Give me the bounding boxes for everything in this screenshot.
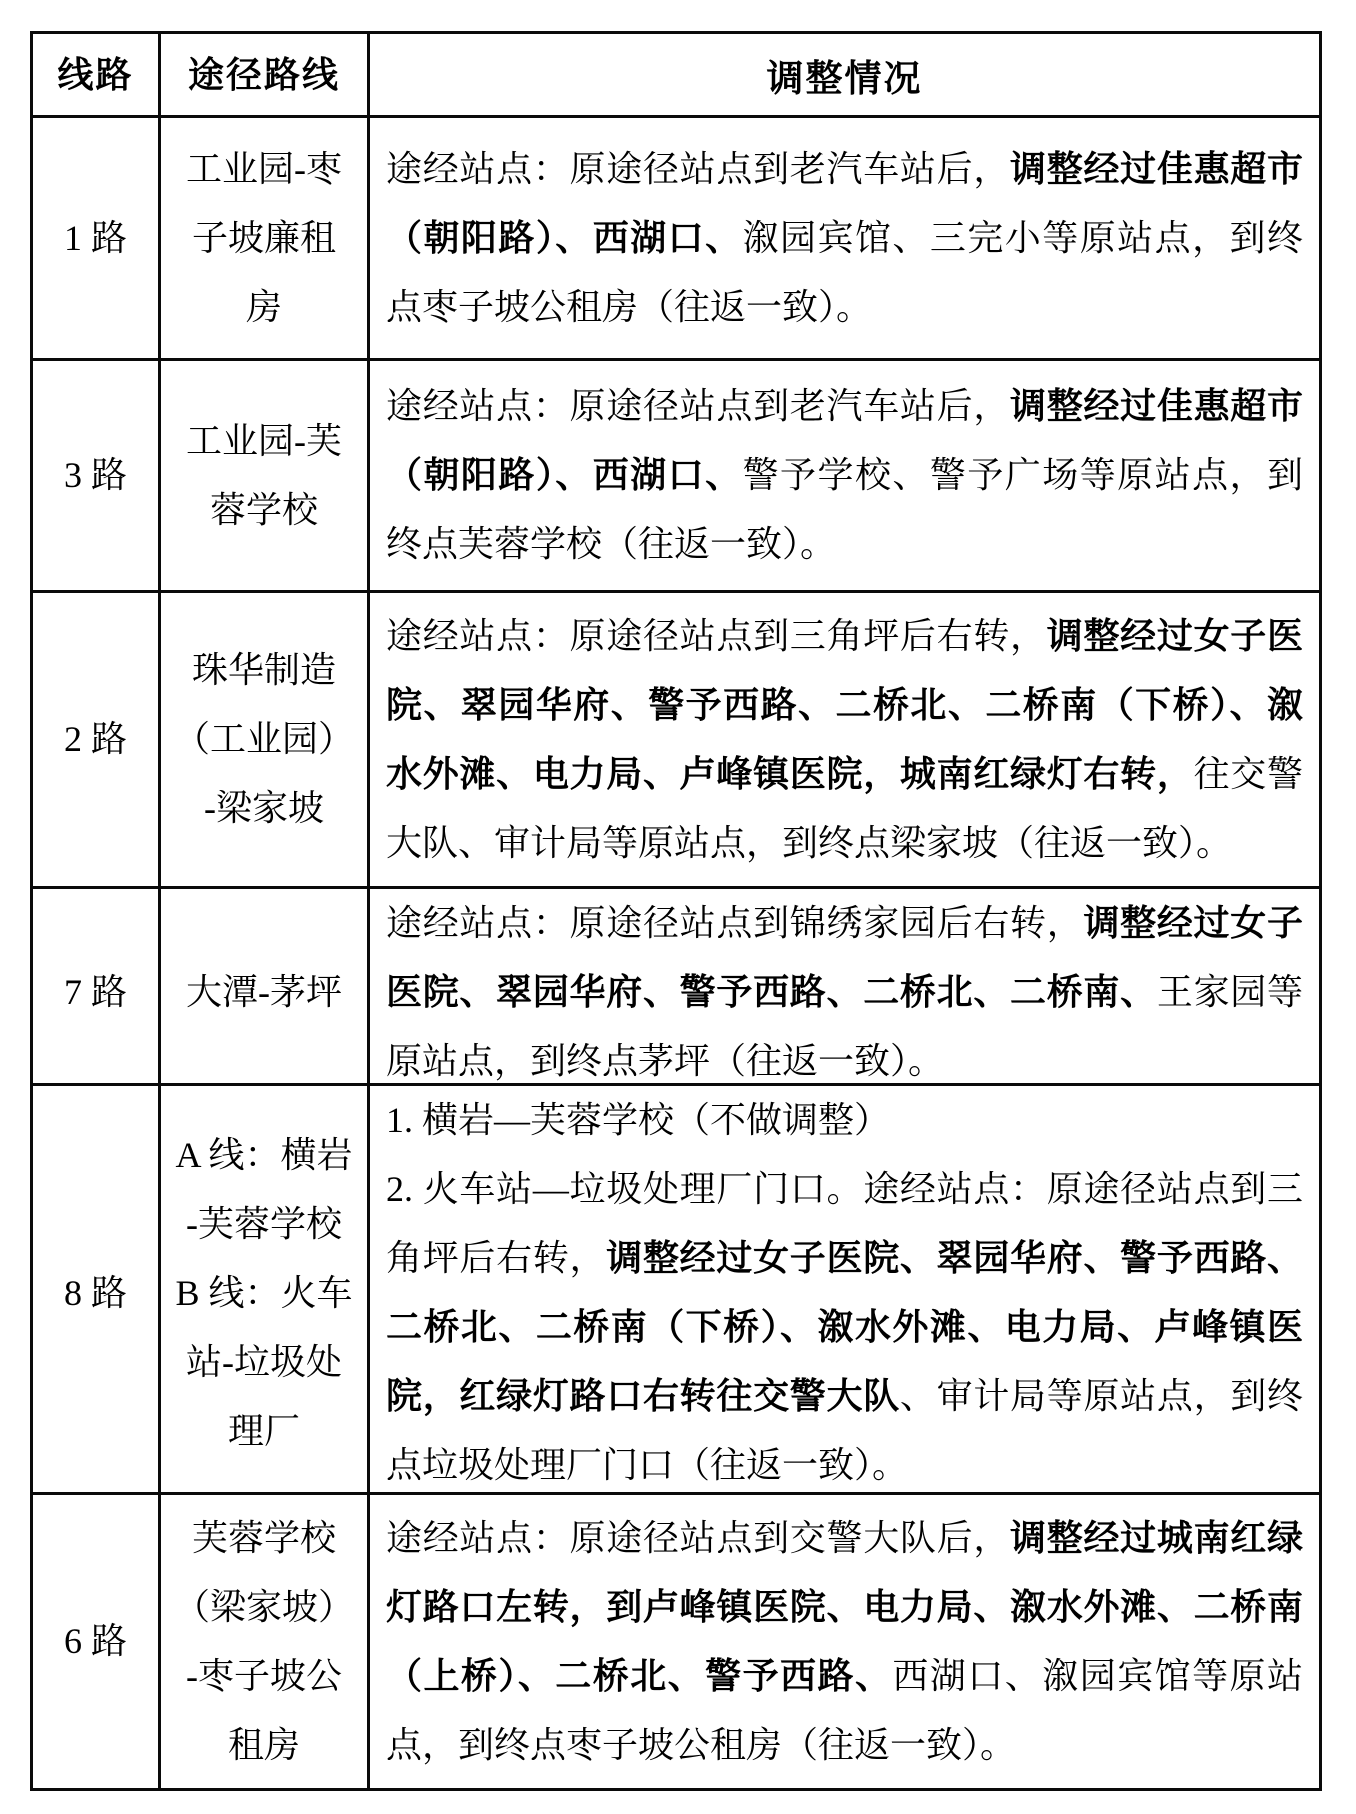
table-row: 8 路 A 线：横岩 -芙蓉学校 B 线：火车 站-垃圾处 理厂 1. 横岩—芙… xyxy=(33,1086,1319,1495)
route-cell: 6 路 xyxy=(33,1495,161,1788)
route-cell: 8 路 xyxy=(33,1086,161,1500)
header-adjustment: 调整情况 xyxy=(370,34,1319,115)
adjustment-cell: 途经站点：原途径站点到老汽车站后，调整经过佳惠超市（朝阳路）、西湖口、警予学校、… xyxy=(370,361,1319,590)
adjustment-segment: 途经站点：原途径站点到老汽车站后， xyxy=(386,149,1010,189)
adjustment-text: 途经站点：原途径站点到三角坪后右转，调整经过女子医院、翠园华府、警予西路、二桥北… xyxy=(386,602,1303,878)
table-row: 2 路 珠华制造 （工业园） -梁家坡 途经站点：原途径站点到三角坪后右转，调整… xyxy=(33,593,1319,889)
table-row: 3 路 工业园-芙 蓉学校 途经站点：原途径站点到老汽车站后，调整经过佳惠超市（… xyxy=(33,361,1319,593)
adjustment-text: 途经站点：原途径站点到老汽车站后，调整经过佳惠超市（朝阳路）、西湖口、溆园宾馆、… xyxy=(386,135,1303,342)
table-row: 6 路 芙蓉学校 （梁家坡） -枣子坡公 租房 途经站点：原途径站点到交警大队后… xyxy=(33,1495,1319,1788)
via-cell: 芙蓉学校 （梁家坡） -枣子坡公 租房 xyxy=(161,1495,370,1788)
adjustment-text: 途经站点：原途径站点到交警大队后，调整经过城南红绿灯路口左转，到卢峰镇医院、电力… xyxy=(386,1504,1303,1780)
adjustment-cell: 途经站点：原途径站点到老汽车站后，调整经过佳惠超市（朝阳路）、西湖口、溆园宾馆、… xyxy=(370,118,1319,358)
adjustment-cell: 途经站点：原途径站点到交警大队后，调整经过城南红绿灯路口左转，到卢峰镇医院、电力… xyxy=(370,1495,1319,1788)
via-cell: 工业园-枣 子坡廉租 房 xyxy=(161,118,370,358)
adjustment-segment: 途经站点：原途径站点到老汽车站后， xyxy=(386,386,1010,426)
bus-route-adjustment-table: 线路 途径路线 调整情况 1 路 工业园-枣 子坡廉租 房 途经站点：原途径站点… xyxy=(30,31,1322,1791)
adjustment-segment: 途经站点：原途径站点到三角坪后右转， xyxy=(386,616,1047,656)
route-cell: 2 路 xyxy=(33,593,161,886)
adjustment-text: 1. 横岩—芙蓉学校（不做调整） 2. 火车站—垃圾处理厂门口。途经站点：原途径… xyxy=(386,1086,1303,1500)
adjustment-cell: 1. 横岩—芙蓉学校（不做调整） 2. 火车站—垃圾处理厂门口。途经站点：原途径… xyxy=(370,1086,1319,1500)
table-row: 1 路 工业园-枣 子坡廉租 房 途经站点：原途径站点到老汽车站后，调整经过佳惠… xyxy=(33,118,1319,361)
route-cell: 1 路 xyxy=(33,118,161,358)
table-header-row: 线路 途径路线 调整情况 xyxy=(33,34,1319,118)
via-cell: A 线：横岩 -芙蓉学校 B 线：火车 站-垃圾处 理厂 xyxy=(161,1086,370,1500)
via-cell: 珠华制造 （工业园） -梁家坡 xyxy=(161,593,370,886)
route-cell: 7 路 xyxy=(33,889,161,1096)
adjustment-text: 途经站点：原途径站点到锦绣家园后右转，调整经过女子医院、翠园华府、警予西路、二桥… xyxy=(386,889,1303,1096)
header-via: 途径路线 xyxy=(161,34,370,115)
route-cell: 3 路 xyxy=(33,361,161,590)
table-body: 1 路 工业园-枣 子坡廉租 房 途经站点：原途径站点到老汽车站后，调整经过佳惠… xyxy=(33,118,1319,1788)
header-route: 线路 xyxy=(33,34,161,115)
table-row: 7 路 大潭-茅坪 途经站点：原途径站点到锦绣家园后右转，调整经过女子医院、翠园… xyxy=(33,889,1319,1086)
adjustment-segment: 途经站点：原途径站点到交警大队后， xyxy=(386,1518,1010,1558)
via-cell: 工业园-芙 蓉学校 xyxy=(161,361,370,590)
adjustment-cell: 途经站点：原途径站点到三角坪后右转，调整经过女子医院、翠园华府、警予西路、二桥北… xyxy=(370,593,1319,886)
via-cell: 大潭-茅坪 xyxy=(161,889,370,1096)
adjustment-cell: 途经站点：原途径站点到锦绣家园后右转，调整经过女子医院、翠园华府、警予西路、二桥… xyxy=(370,889,1319,1096)
adjustment-segment: 途经站点：原途径站点到锦绣家园后右转， xyxy=(386,903,1083,943)
adjustment-text: 途经站点：原途径站点到老汽车站后，调整经过佳惠超市（朝阳路）、西湖口、警予学校、… xyxy=(386,372,1303,579)
